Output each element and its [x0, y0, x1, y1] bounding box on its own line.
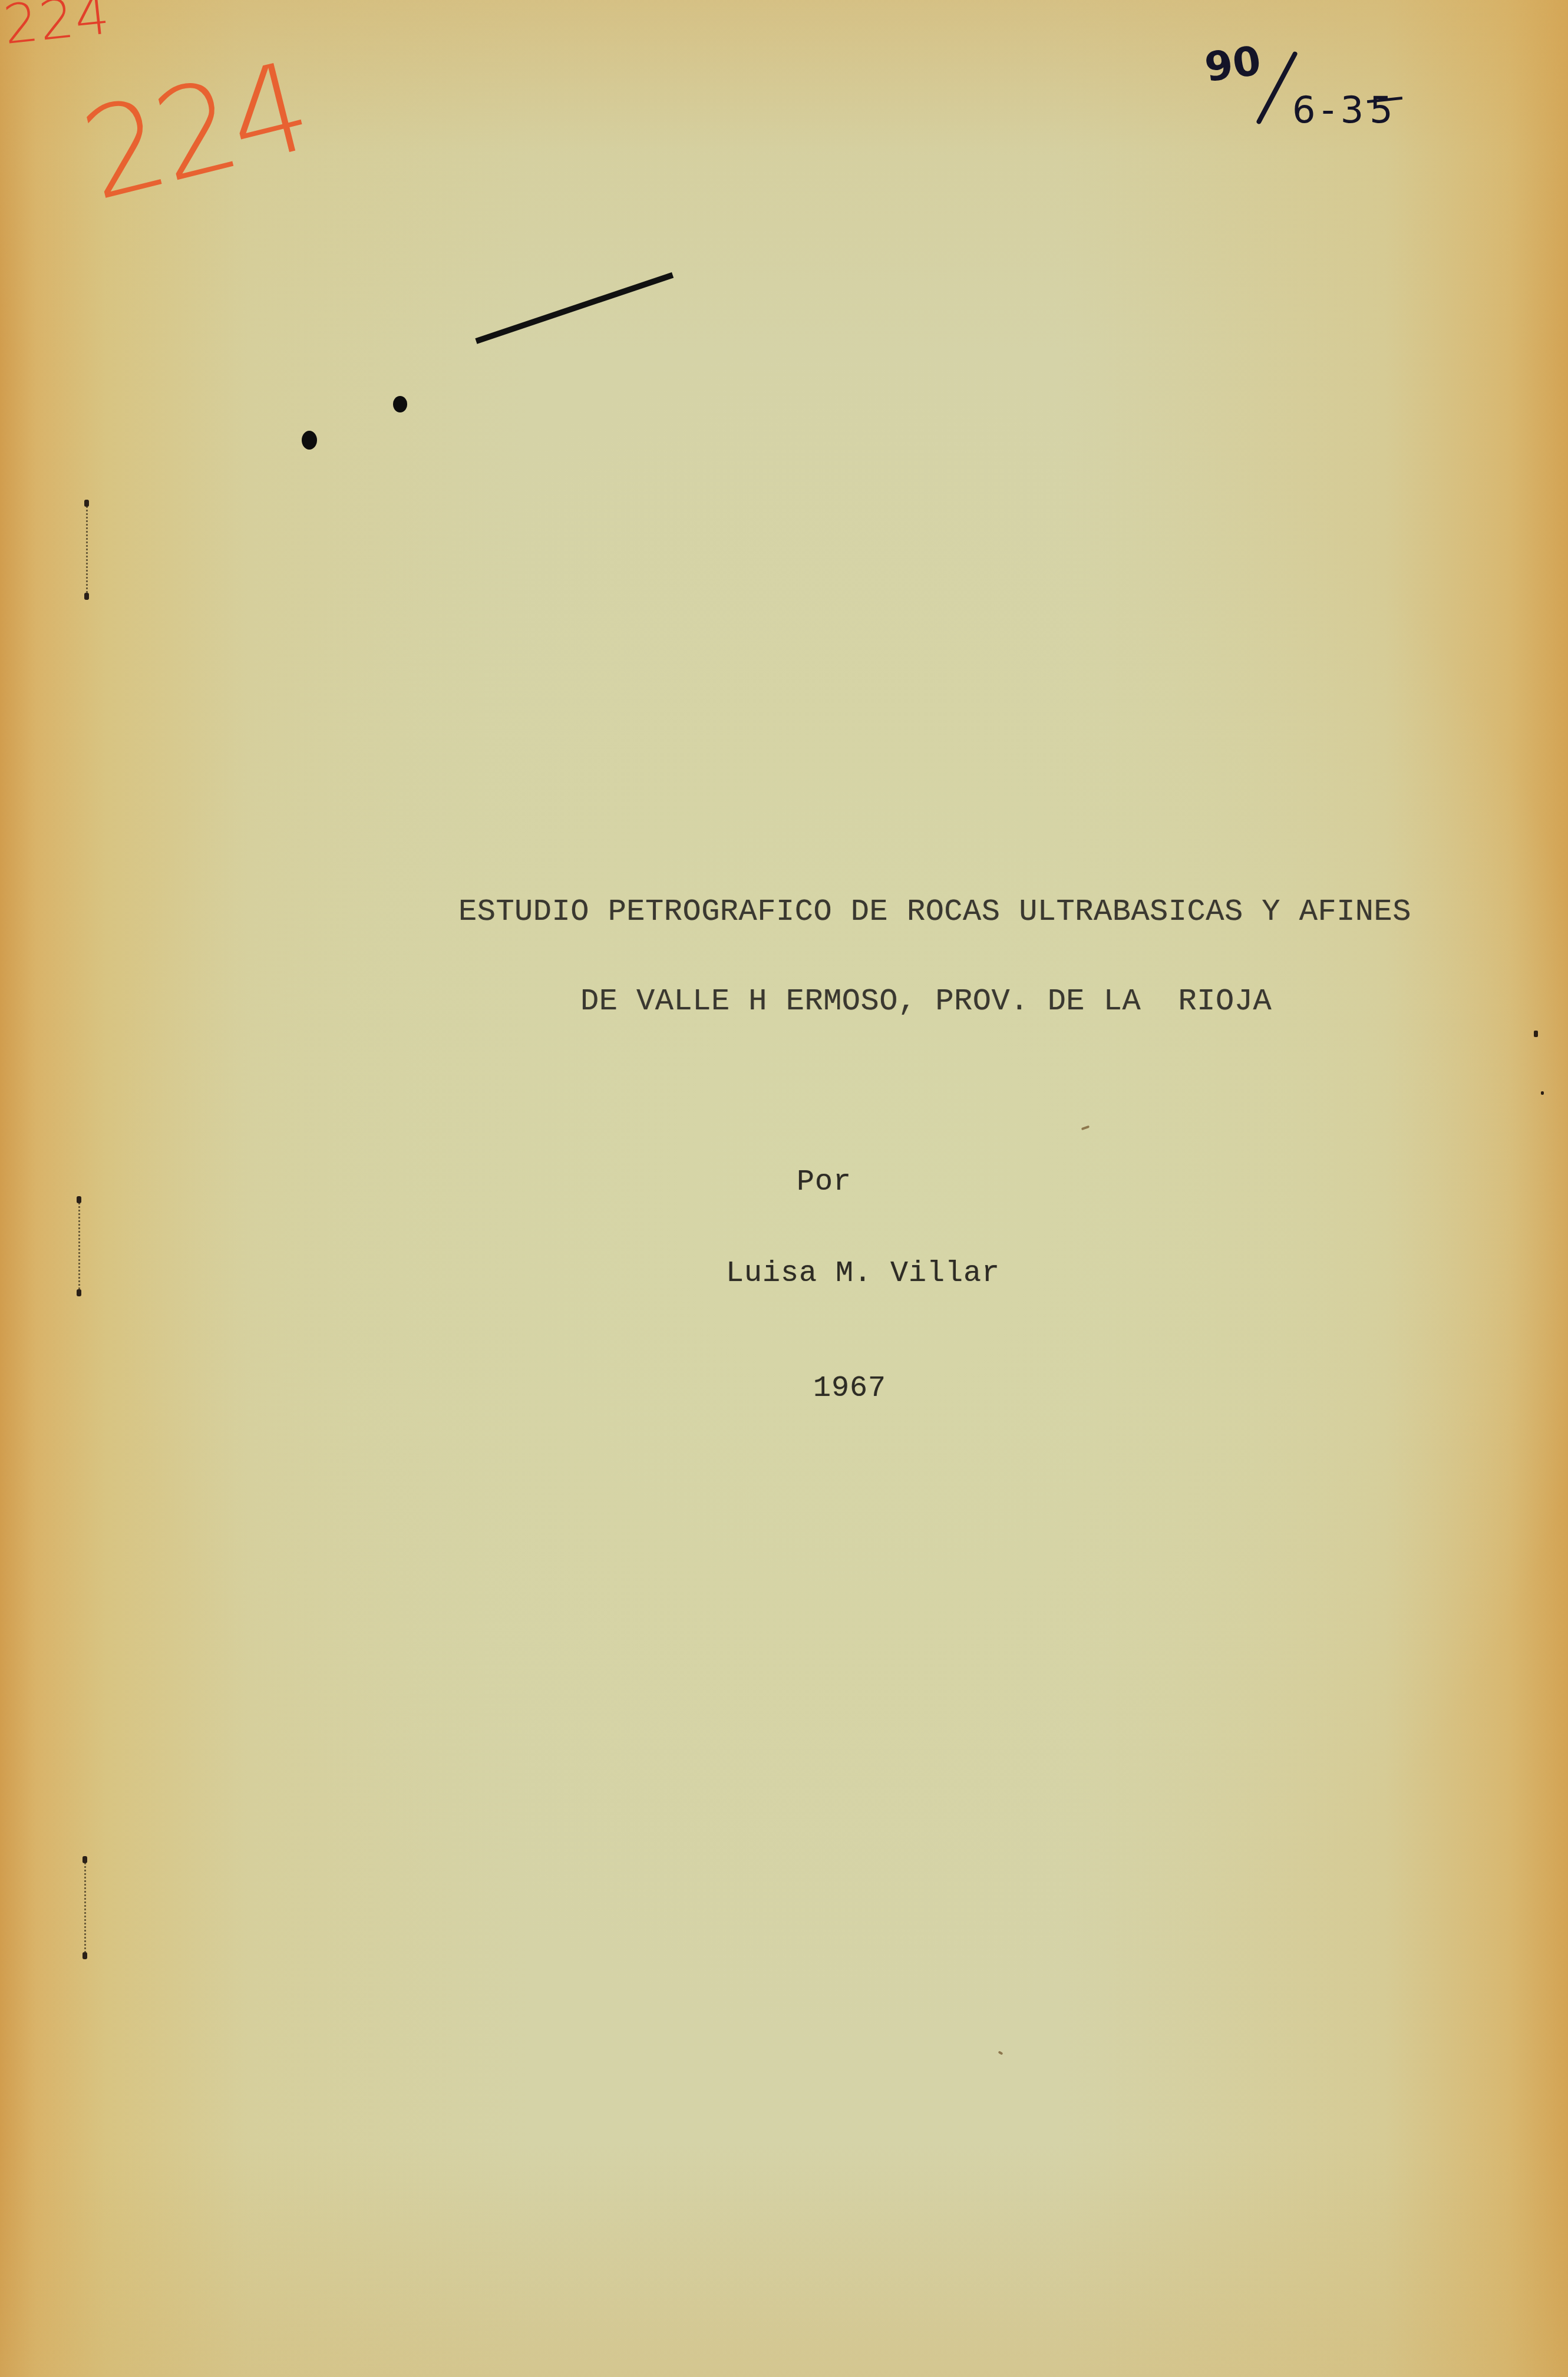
reference-number-bottom: 6-35	[1292, 88, 1399, 131]
staple-hole	[82, 1856, 87, 1863]
staple-hole	[84, 593, 89, 600]
by-label: Por	[797, 1166, 851, 1199]
red-catalog-number-small: 224	[1, 0, 114, 57]
edge-hole	[1534, 1031, 1538, 1037]
red-catalog-number-large: 224	[70, 35, 320, 229]
staple-holes	[84, 1856, 88, 1959]
staple-holes	[86, 500, 90, 600]
staple-hole	[84, 500, 89, 507]
edge-hole	[1541, 1091, 1544, 1095]
printed-dot-mark	[393, 396, 407, 412]
staple-hole	[82, 1952, 87, 1959]
staple-hole	[77, 1196, 81, 1203]
paper-speck	[1081, 1125, 1090, 1131]
paper-speck	[998, 2051, 1003, 2055]
document-title-line-2: DE VALLE H ERMOSO, PROV. DE LA RIOJA	[580, 984, 1272, 1019]
staple-hole	[77, 1289, 81, 1296]
staple-holes	[78, 1196, 82, 1296]
handwritten-reference-number: 90 6-35	[1199, 35, 1399, 153]
publication-year: 1967	[813, 1372, 886, 1405]
scanned-title-page: 224 224 90 6-35 ESTUDIO PETROGRAFICO DE …	[0, 0, 1568, 2377]
printed-dot-mark	[302, 431, 317, 450]
printed-line-mark	[475, 272, 674, 344]
document-title-line-1: ESTUDIO PETROGRAFICO DE ROCAS ULTRABASIC…	[458, 894, 1411, 929]
reference-number-top: 90	[1202, 38, 1264, 91]
author-name: Luisa M. Villar	[726, 1257, 1000, 1290]
